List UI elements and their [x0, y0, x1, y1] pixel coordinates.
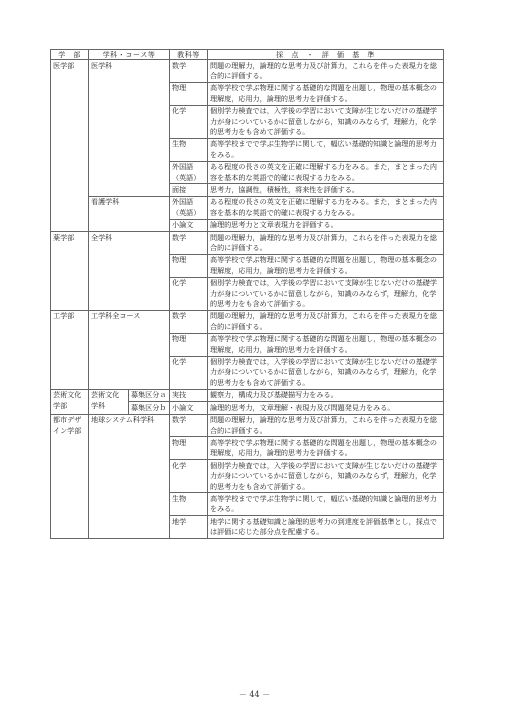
subject-cell: 外国語（英語） — [170, 161, 208, 184]
criteria-cell: ある程度の長さの英文を正確に理解する力をみる。また，まとまった内容を基本的な英語… — [208, 161, 444, 184]
criteria-cell: 個別学力検査では，入学後の学習において支障が生じないだけの基礎学力が身についてい… — [208, 460, 444, 493]
faculty-cell: 工学部 — [51, 310, 89, 389]
subject-cell: 実技 — [170, 389, 208, 401]
category-cell: 募集区分ａ — [129, 389, 170, 401]
criteria-cell: 個別学力検査では，入学後の学習において支障が生じないだけの基礎学力が身についてい… — [208, 356, 444, 389]
document-page: 学 部 学科・コース等 教科等 採 点 ・ 評 価 基 準 医学部 医学科 数学… — [0, 0, 509, 720]
criteria-cell: 論理的思考力，文章理解・表現力及び問題発見力をみる。 — [208, 402, 444, 414]
subject-cell: 物理 — [170, 254, 208, 277]
subject-cell: 物理 — [170, 333, 208, 356]
subject-cell: 数学 — [170, 310, 208, 333]
faculty-cell: 医学部 — [51, 60, 89, 232]
subject-cell: 外国語（英語） — [170, 196, 208, 219]
criteria-cell: 高等学校で学ぶ物理に関する基礎的な問題を出題し，物理の基本概念の理解度，応用力，… — [208, 82, 444, 105]
criteria-cell: 高等学校で学ぶ物理に関する基礎的な問題を出題し，物理の基本概念の理解度，応用力，… — [208, 333, 444, 356]
subject-cell: 小論文 — [170, 219, 208, 231]
subject-cell: 物理 — [170, 82, 208, 105]
scoring-criteria-table: 学 部 学科・コース等 教科等 採 点 ・ 評 価 基 準 医学部 医学科 数学… — [50, 49, 444, 539]
header-criteria: 採 点 ・ 評 価 基 準 — [208, 50, 444, 60]
header-faculty: 学 部 — [51, 50, 89, 60]
criteria-cell: 高等学校で学ぶ物理に関する基礎的な問題を出題し，物理の基本概念の理解度，応用力，… — [208, 254, 444, 277]
subject-cell: 小論文 — [170, 402, 208, 414]
subject-cell: 地学 — [170, 516, 208, 539]
faculty-cell: 薬学部 — [51, 232, 89, 311]
table-row: 看護学科 外国語（英語） ある程度の長さの英文を正確に理解する力をみる。また，ま… — [51, 196, 444, 219]
criteria-cell: 観察力，構成力及び基礎描写力をみる。 — [208, 389, 444, 401]
table-row: 医学部 医学科 数学 問題の理解力，論理的な思考力及び計算力，これらを伴った表現… — [51, 60, 444, 83]
table-header-row: 学 部 学科・コース等 教科等 採 点 ・ 評 価 基 準 — [51, 50, 444, 60]
criteria-cell: 高等学校までで学ぶ生物学に関して，幅広い基礎的知識と論理的思考力をみる。 — [208, 493, 444, 516]
table-row: 都市デザイン学部 地球システム科学科 数学 問題の理解力，論理的な思考力及び計算… — [51, 414, 444, 437]
subject-cell: 化学 — [170, 105, 208, 138]
criteria-cell: 地学に関する基礎知識と論理的思考力の到達度を評価基準とし，採点では評価に応じた部… — [208, 516, 444, 539]
subject-cell: 数学 — [170, 414, 208, 437]
department-cell: 地球システム科学科 — [89, 414, 170, 538]
faculty-cell: 都市デザイン学部 — [51, 414, 89, 538]
subject-cell: 数学 — [170, 60, 208, 83]
header-subject: 教科等 — [170, 50, 208, 60]
subject-cell: 生物 — [170, 138, 208, 161]
criteria-cell: 問題の理解力，論理的な思考力及び計算力，これらを伴った表現力を総合的に評価する。 — [208, 60, 444, 83]
criteria-cell: 個別学力検査では，入学後の学習において支障が生じないだけの基礎学力が身についてい… — [208, 277, 444, 310]
table-row: 工学部 工学科全コース 数学 問題の理解力，論理的な思考力及び計算力，これらを伴… — [51, 310, 444, 333]
department-cell: 全学科 — [89, 232, 170, 311]
criteria-cell: ある程度の長さの英文を正確に理解する力をみる。また，まとまった内容を基本的な英語… — [208, 196, 444, 219]
criteria-cell: 個別学力検査では，入学後の学習において支障が生じないだけの基礎学力が身についてい… — [208, 105, 444, 138]
criteria-cell: 思考力，協調性，積極性，将来性を評価する。 — [208, 184, 444, 196]
department-cell: 医学科 — [89, 60, 170, 197]
table-row: 芸術文化学部 芸術文化学科 募集区分ａ 実技 観察力，構成力及び基礎描写力をみる… — [51, 389, 444, 401]
criteria-cell: 問題の理解力，論理的な思考力及び計算力，これらを伴った表現力を総合的に評価する。 — [208, 414, 444, 437]
department-cell: 看護学科 — [89, 196, 170, 231]
criteria-cell: 高等学校までで学ぶ生物学に関して，幅広い基礎的知識と論理的思考力をみる。 — [208, 138, 444, 161]
header-department: 学科・コース等 — [89, 50, 170, 60]
subject-cell: 面接 — [170, 184, 208, 196]
subject-cell: 化学 — [170, 356, 208, 389]
faculty-cell: 芸術文化学部 — [51, 389, 89, 414]
subject-cell: 数学 — [170, 232, 208, 255]
subject-cell: 化学 — [170, 460, 208, 493]
page-number: － 44 － — [0, 689, 509, 700]
department-cell: 芸術文化学科 — [89, 389, 129, 414]
criteria-cell: 問題の理解力，論理的な思考力及び計算力，これらを伴った表現力を総合的に評価する。 — [208, 310, 444, 333]
subject-cell: 化学 — [170, 277, 208, 310]
subject-cell: 物理 — [170, 437, 208, 460]
criteria-cell: 問題の理解力，論理的な思考力及び計算力，これらを伴った表現力を総合的に評価する。 — [208, 232, 444, 255]
table-row: 薬学部 全学科 数学 問題の理解力，論理的な思考力及び計算力，これらを伴った表現… — [51, 232, 444, 255]
subject-cell: 生物 — [170, 493, 208, 516]
criteria-cell: 論理的思考力と文章表現力を評価する。 — [208, 219, 444, 231]
category-cell: 募集区分ｂ — [129, 402, 170, 414]
criteria-cell: 高等学校で学ぶ物理に関する基礎的な問題を出題し，物理の基本概念の理解度，応用力，… — [208, 437, 444, 460]
department-cell: 工学科全コース — [89, 310, 170, 389]
